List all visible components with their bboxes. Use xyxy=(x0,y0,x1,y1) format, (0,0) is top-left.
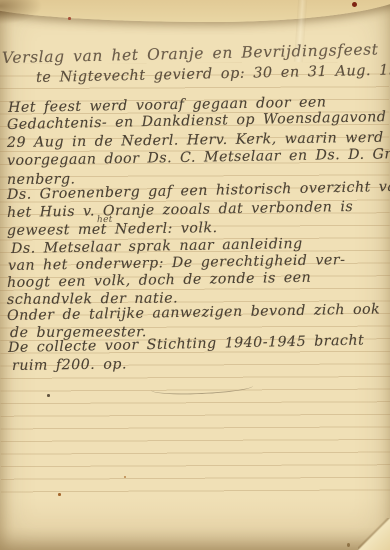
inserted-word: het xyxy=(97,215,113,225)
bottom-edge-shadow xyxy=(0,498,390,550)
stain-speck xyxy=(68,17,71,20)
ink-dot xyxy=(47,394,50,397)
stain-speck xyxy=(352,2,357,7)
top-left-corner-shadow xyxy=(0,0,70,34)
corner-fold xyxy=(358,518,390,550)
handwriting-line: ruim ƒ200. op. xyxy=(12,356,127,374)
stain-speck xyxy=(58,493,61,496)
stain-speck xyxy=(124,476,126,478)
manuscript-page: Verslag van het Oranje en Bevrijdingsfee… xyxy=(0,0,390,550)
